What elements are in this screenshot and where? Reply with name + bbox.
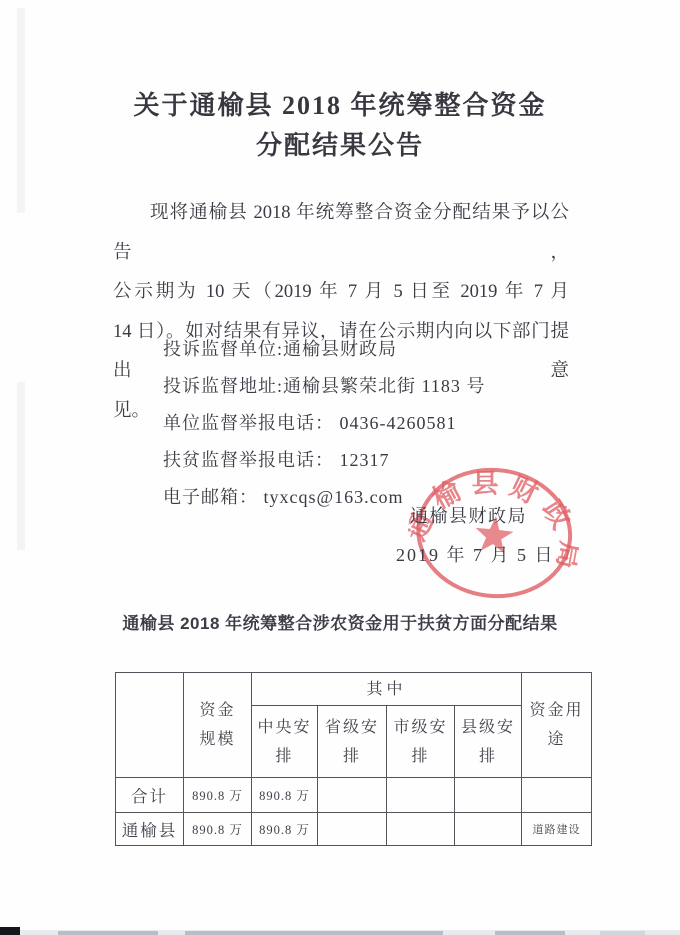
- cell-provincial: [318, 778, 387, 813]
- scan-corner-artifact: [0, 927, 20, 935]
- header-provincial: 省级安 排: [318, 706, 387, 778]
- signature-organization: 通榆县财政局: [410, 502, 527, 528]
- unit-hotline-line: 单位监督举报电话： 0436-4260581: [163, 405, 583, 442]
- scanned-document-page: 关于通榆县 2018 年统筹整合资金 分配结果公告 现将通榆县 2018 年统筹…: [0, 0, 680, 935]
- allocation-table: 资金 规模 其中 资金用 途 中央安 排 省级安 排 市级安 排 县级安 排 合…: [115, 672, 592, 846]
- row-label: 通榆县: [116, 813, 184, 846]
- row-label: 合计: [116, 778, 184, 813]
- signature-date: 2019 年 7 月 5 日: [396, 541, 555, 567]
- complaint-unit-line: 投诉监督单位:通榆县财政局: [163, 331, 583, 368]
- cell-central: 890.8 万: [252, 778, 318, 813]
- document-title: 关于通榆县 2018 年统筹整合资金 分配结果公告: [0, 86, 680, 166]
- document-title-line1: 关于通榆县 2018 年统筹整合资金: [0, 86, 680, 126]
- scan-edge-mark: [495, 931, 565, 935]
- header-fund-scale: 资金 规模: [184, 673, 252, 778]
- cell-city: [387, 813, 455, 846]
- cell-county: [455, 778, 522, 813]
- header-among: 其中: [252, 673, 522, 706]
- cell-scale: 890.8 万: [184, 778, 252, 813]
- header-central: 中央安 排: [252, 706, 318, 778]
- header-county: 县级安 排: [455, 706, 522, 778]
- header-empty-cell: [116, 673, 184, 778]
- table-header-row-1: 资金 规模 其中 资金用 途: [116, 673, 592, 706]
- table-row-total: 合计 890.8 万 890.8 万: [116, 778, 592, 813]
- complaint-address-line: 投诉监督地址:通榆县繁荣北街 1183 号: [163, 368, 583, 405]
- cell-central: 890.8 万: [252, 813, 318, 846]
- official-seal: 通榆县财政局: [401, 451, 588, 618]
- paragraph-line: 公示期为 10 天（2019 年 7 月 5 日至 2019 年 7 月: [113, 273, 569, 313]
- cell-provincial: [318, 813, 387, 846]
- document-title-line2: 分配结果公告: [0, 126, 680, 166]
- paragraph-line: 现将通榆县 2018 年统筹整合资金分配结果予以公告，: [113, 194, 569, 273]
- cell-usage: 道路建设: [522, 813, 592, 846]
- cell-usage: [522, 778, 592, 813]
- header-fund-usage: 资金用 途: [522, 673, 592, 778]
- table-row-tongyu: 通榆县 890.8 万 890.8 万 道路建设: [116, 813, 592, 846]
- scan-bottom-edge: [0, 930, 680, 935]
- header-city: 市级安 排: [387, 706, 455, 778]
- scan-edge-mark: [58, 931, 158, 935]
- scan-streak: [17, 382, 25, 550]
- cell-city: [387, 778, 455, 813]
- scan-edge-mark: [185, 931, 443, 935]
- scan-edge-mark: [600, 931, 645, 935]
- cell-county: [455, 813, 522, 846]
- cell-scale: 890.8 万: [184, 813, 252, 846]
- allocation-table-title: 通榆县 2018 年统筹整合涉农资金用于扶贫方面分配结果: [0, 609, 680, 634]
